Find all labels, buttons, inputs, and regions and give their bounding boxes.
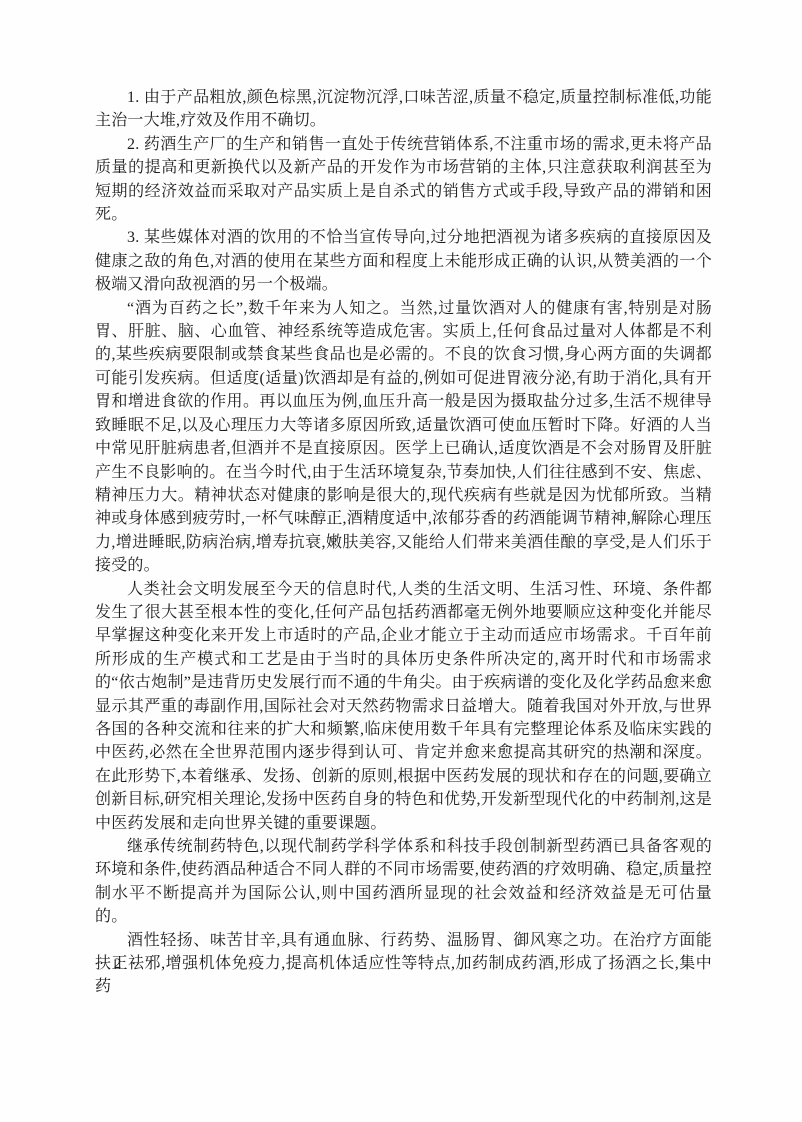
page-number: · 2 · [99, 956, 139, 973]
body-text: 1. 由于产品粗放,颜色棕黑,沉淀物沉浮,口味苦涩,质量不稳定,质量控制标准低,… [95, 86, 712, 999]
paragraph-4: “酒为百药之长”,数千年来为人知之。当然,过量饮酒对人的健康有害,特别是对肠胃、… [95, 297, 712, 578]
paragraph-5: 人类社会文明发展至今天的信息时代,人类的生活文明、生活习性、环境、条件都发生了很… [95, 578, 712, 835]
scanned-book-page: 1. 由于产品粗放,颜色棕黑,沉淀物沉浮,口味苦涩,质量不稳定,质量控制标准低,… [0, 0, 802, 1122]
paragraph-7: 酒性轻扬、味苦甘辛,具有通血脉、行药势、温肠胃、御风寒之功。在治疗方面能扶正祛邪… [95, 929, 712, 999]
paragraph-3: 3. 某些媒体对酒的饮用的不恰当宣传导向,过分地把酒视为诸多疾病的直接原因及健康… [95, 226, 712, 296]
paragraph-1: 1. 由于产品粗放,颜色棕黑,沉淀物沉浮,口味苦涩,质量不稳定,质量控制标准低,… [95, 86, 712, 133]
paragraph-6: 继承传统制药特色,以现代制药学科学体系和科技手段创制新型药酒已具备客观的环境和条… [95, 835, 712, 929]
paragraph-2: 2. 药酒生产厂的生产和销售一直处于传统营销体系,不注重市场的需求,更未将产品质… [95, 133, 712, 227]
